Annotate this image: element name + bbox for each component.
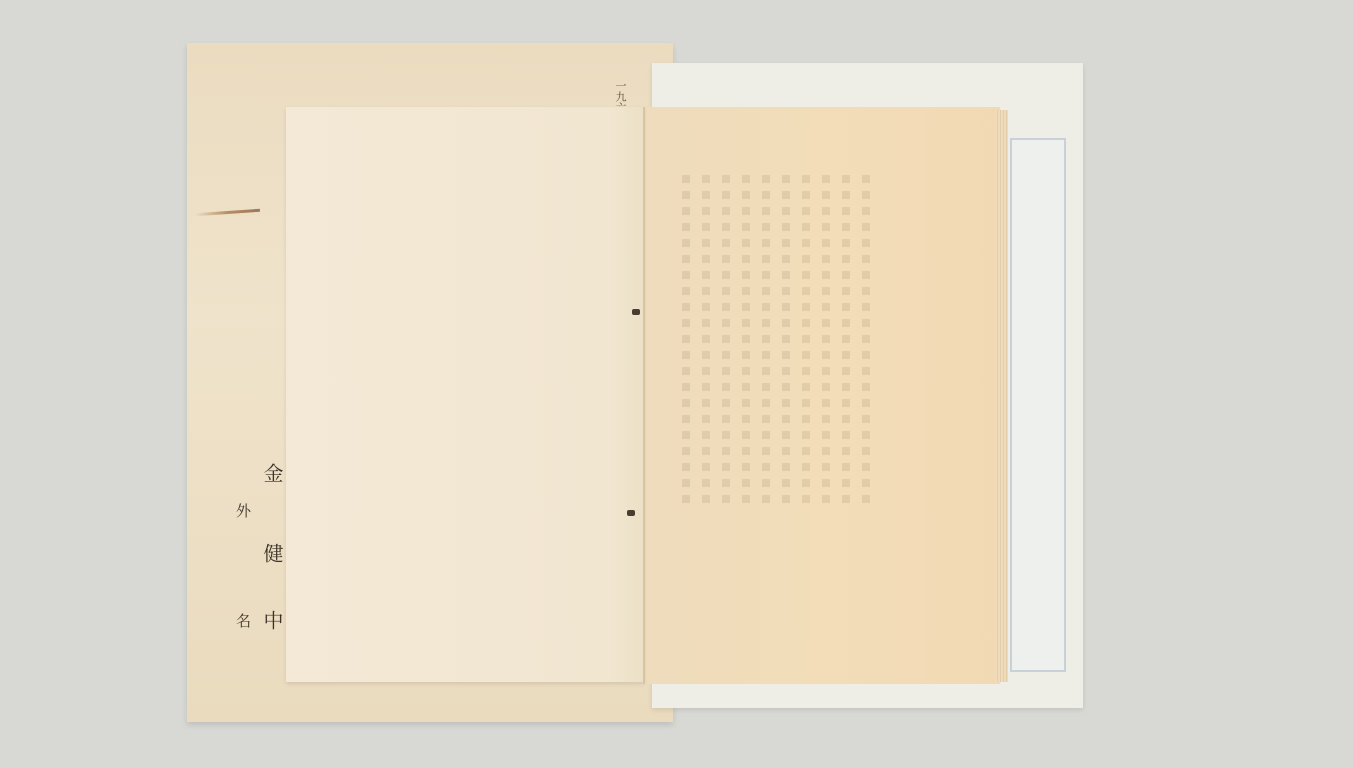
booklet-left-page xyxy=(286,107,644,682)
backing-sheet-frame xyxy=(1010,138,1066,672)
booklet-spine xyxy=(643,107,645,684)
cover-char-1: 金 xyxy=(262,463,282,483)
cover-char-side-1: 外 xyxy=(235,503,250,518)
cover-char-3: 中 xyxy=(262,610,282,630)
binding-hole-bottom xyxy=(627,510,635,516)
cover-char-side-2: 名 xyxy=(235,613,250,628)
binding-hole-top xyxy=(632,309,640,315)
cover-char-2: 健 xyxy=(262,543,282,563)
page-edges xyxy=(995,110,1008,682)
bleed-through-text xyxy=(670,175,870,505)
